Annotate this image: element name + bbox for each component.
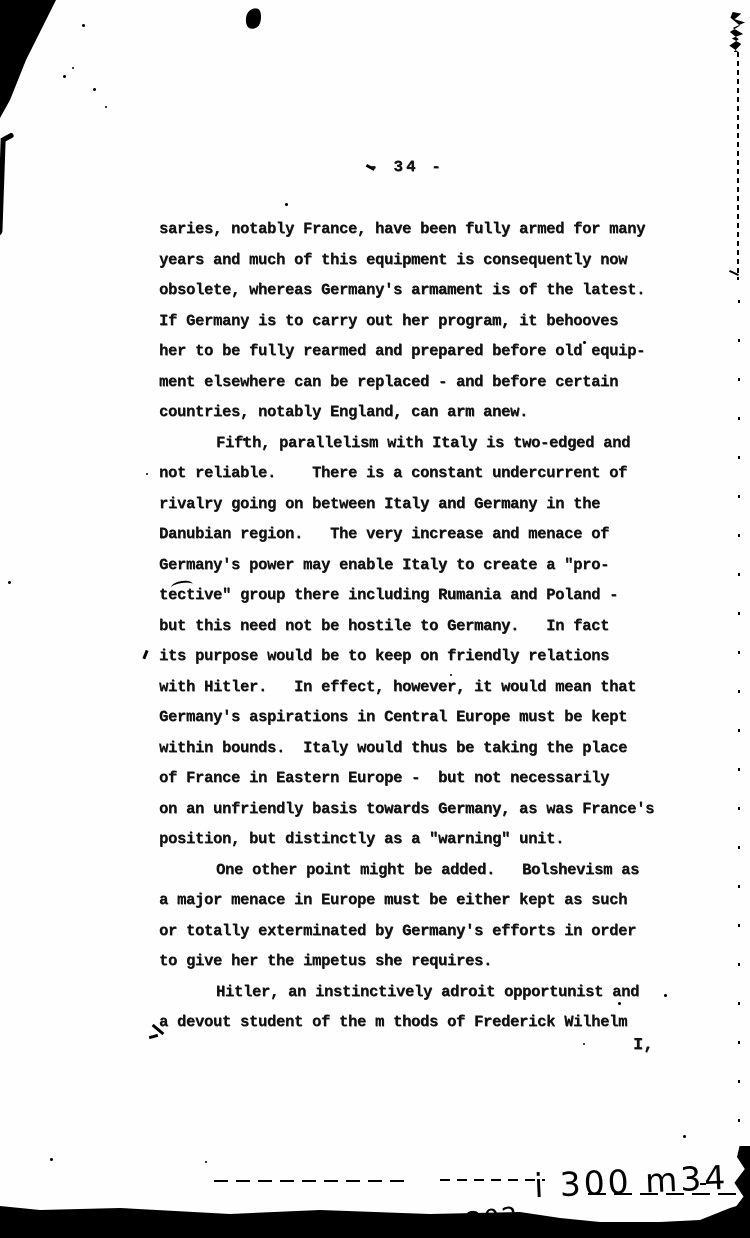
speck — [63, 75, 66, 78]
text-line: to give her the impetus she requires. — [159, 946, 654, 977]
text-line: Germany's aspirations in Central Europe … — [159, 702, 654, 733]
text-line: within bounds. Italy would thus be takin… — [159, 733, 654, 764]
ink-blob-artifact — [244, 6, 264, 30]
text-line: Hitler, an instinctively adroit opportun… — [159, 977, 654, 1008]
text-line: with Hitler. In effect, however, it woul… — [159, 672, 654, 703]
speck — [285, 203, 288, 206]
scanned-document-page: - 34 - saries, notably France, have been… — [0, 0, 750, 1238]
text-line: One other point might be added. Bolshevi… — [159, 855, 654, 886]
text-line: years and much of this equipment is cons… — [159, 245, 654, 276]
text-line: obsolete, whereas Germany's armament is … — [159, 275, 654, 306]
left-edge-hook — [1, 132, 15, 143]
bottom-dashed-line — [214, 1180, 404, 1182]
text-line: rivalry going on between Italy and Germa… — [159, 489, 654, 520]
scan-edge-dots — [738, 300, 740, 1150]
text-line: tective" group there including Rumania a… — [159, 580, 654, 611]
text-line: countries, notably England, can arm anew… — [159, 397, 654, 428]
speck — [82, 24, 85, 27]
text-line: her to be fully rearmed and prepared bef… — [159, 336, 654, 367]
margin-scribble — [149, 1034, 158, 1039]
speck — [105, 106, 107, 108]
scan-edge-squiggle — [727, 12, 746, 52]
scan-corner-artifact — [0, 0, 92, 120]
text-line: Fifth, parallelism with Italy is two-edg… — [159, 428, 654, 459]
text-line: Danubian region. The very increase and m… — [159, 519, 654, 550]
page-number: - 34 - — [0, 158, 750, 176]
text-line: ment elsewhere can be replaced - and bef… — [159, 367, 654, 398]
left-edge-sliver — [0, 138, 6, 236]
speck — [205, 1161, 207, 1163]
speck — [8, 581, 11, 584]
text-line: but this need not be hostile to Germany.… — [159, 611, 654, 642]
text-line: Germany's power may enable Italy to crea… — [159, 550, 654, 581]
text-line: a major menace in Europe must be either … — [159, 885, 654, 916]
bottom-dashed-line — [440, 1179, 545, 1181]
handwritten-catalog-number: i 300 m34 — [533, 1158, 729, 1205]
speck — [146, 473, 148, 475]
text-line: If Germany is to carry out her program, … — [159, 306, 654, 337]
text-line: of France in Eastern Europe - but not ne… — [159, 763, 654, 794]
speck — [664, 994, 667, 997]
closing-initial: I, — [633, 1036, 653, 1055]
speck — [683, 1135, 686, 1138]
text-line: on an unfriendly basis towards Germany, … — [159, 794, 654, 825]
text-line: position, but distinctly as a "warning" … — [159, 824, 654, 855]
text-line: not reliable. There is a constant underc… — [159, 458, 654, 489]
text-line: a devout student of the m thods of Frede… — [159, 1007, 654, 1038]
text-line: saries, notably France, have been fully … — [159, 214, 654, 245]
text-line: its purpose would be to keep on friendly… — [159, 641, 654, 672]
speck — [72, 67, 74, 69]
document-body-text: saries, notably France, have been fully … — [159, 214, 654, 1038]
text-line: or totally exterminated by Germany's eff… — [159, 916, 654, 947]
speck — [93, 88, 96, 91]
speck — [50, 1158, 53, 1161]
margin-tick-mark — [142, 650, 148, 659]
speck — [583, 1043, 585, 1045]
